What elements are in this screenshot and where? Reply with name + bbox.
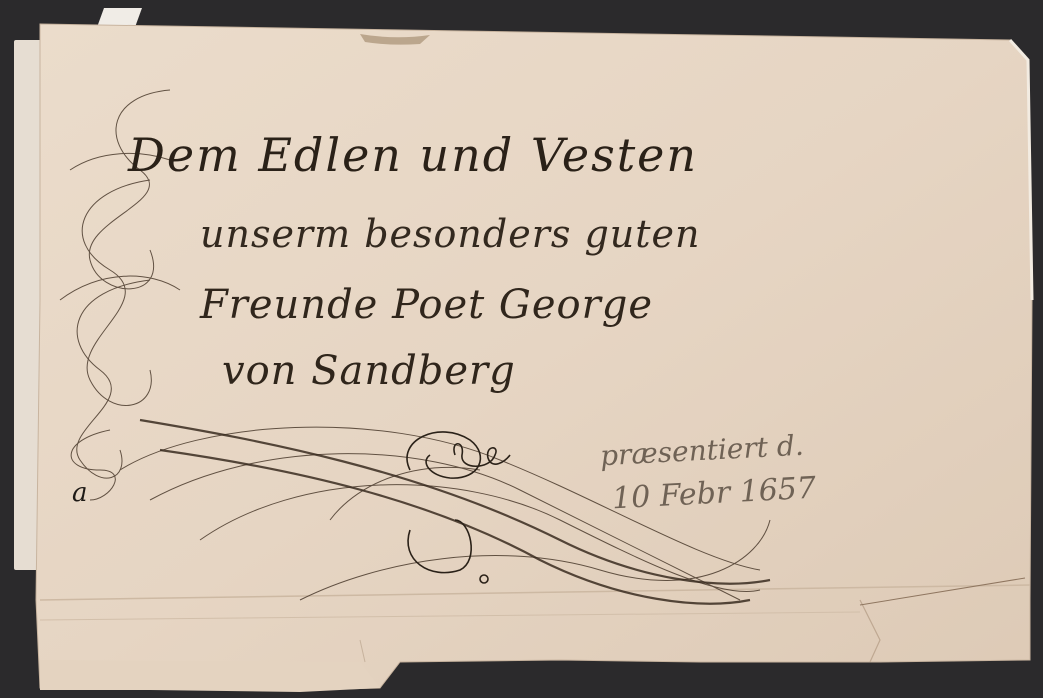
letter-photo-scene: Dem Edlen und Vesten unserm besonders gu… xyxy=(0,0,1043,698)
letter-paper xyxy=(0,0,1043,698)
